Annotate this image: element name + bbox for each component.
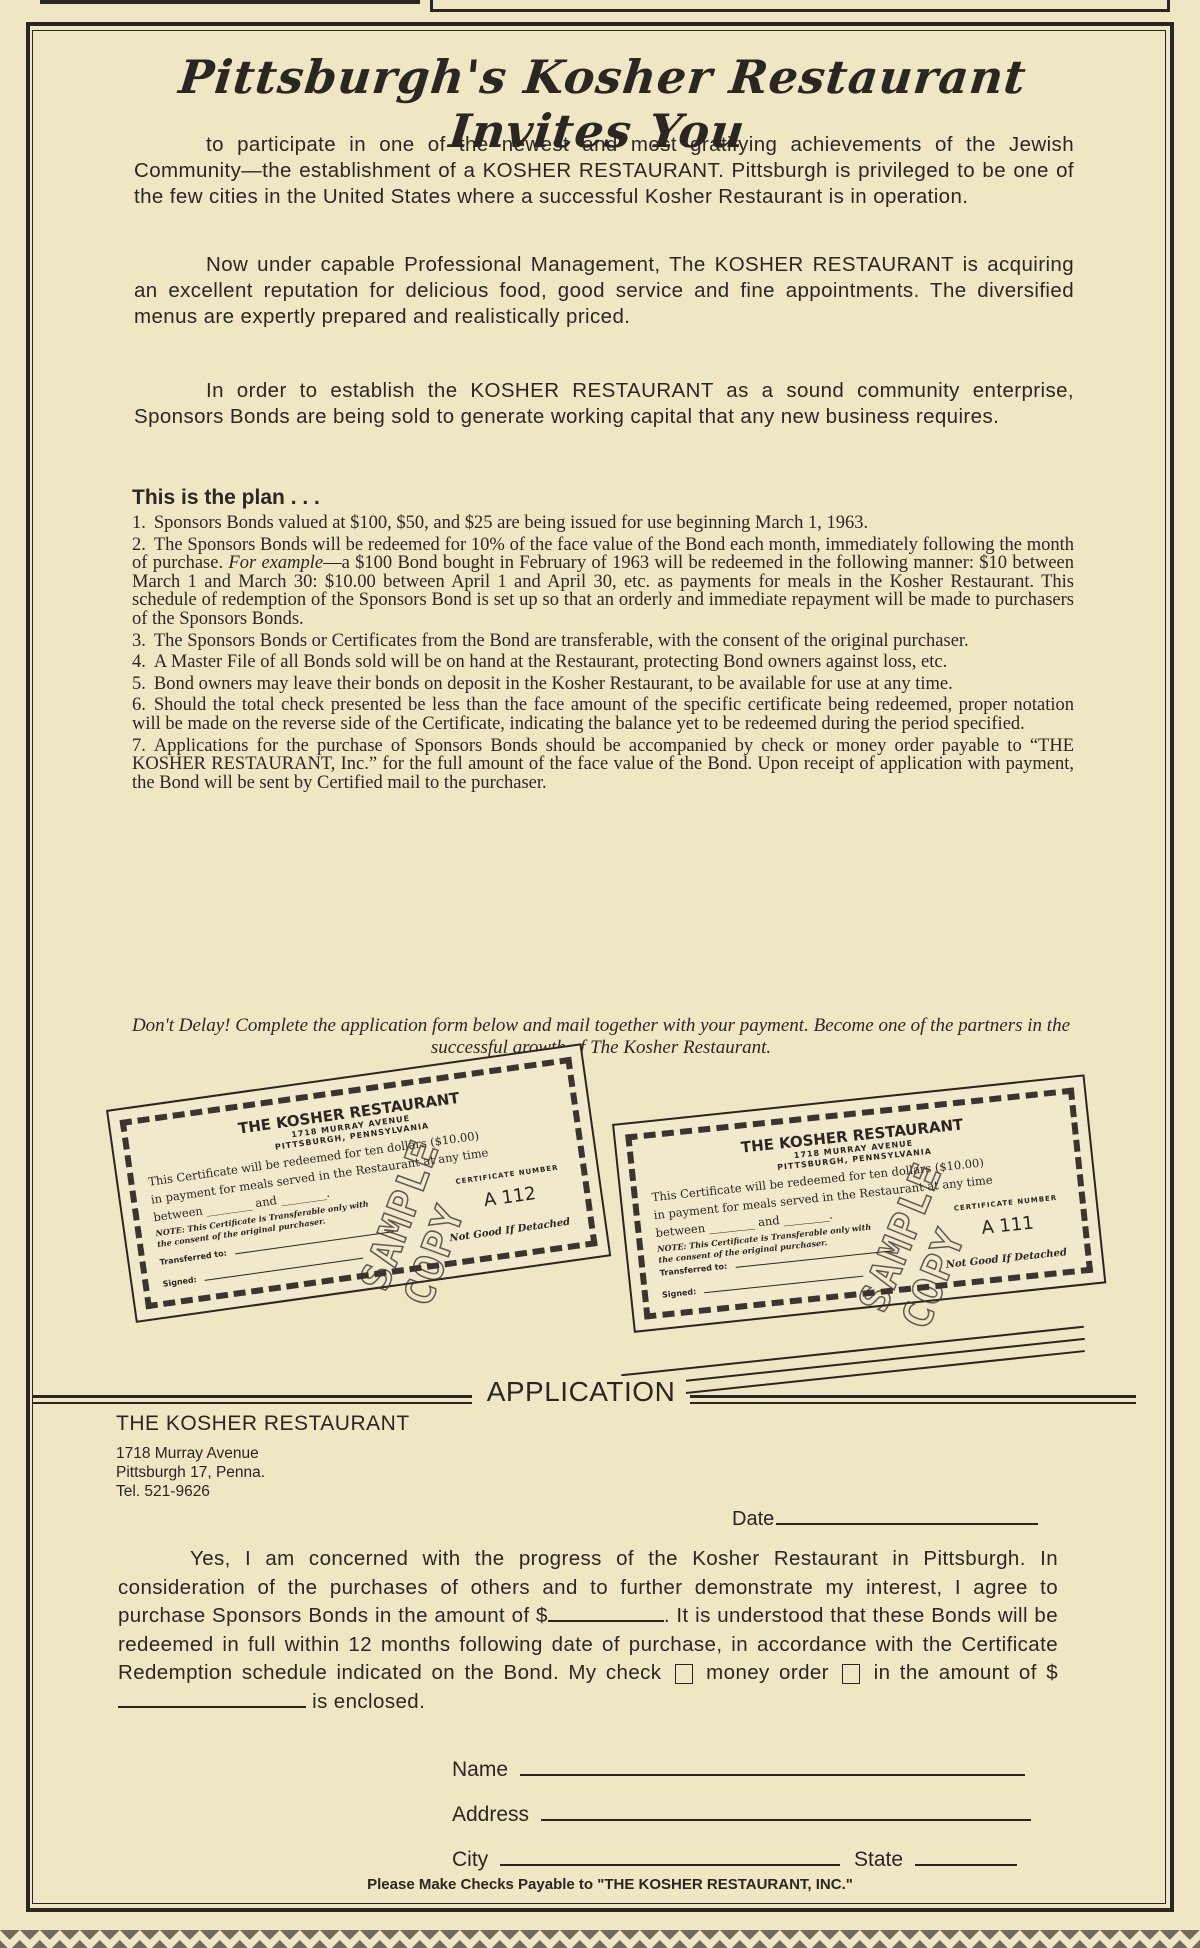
top-rule-left: [40, 0, 420, 4]
certificate-number: A 111: [980, 1213, 1034, 1239]
city-state-field[interactable]: City State: [452, 1848, 1017, 1872]
plan-item-4: 4.A Master File of all Bonds sold will b…: [132, 653, 1074, 672]
payable-note: Please Make Checks Payable to "THE KOSHE…: [0, 1876, 1200, 1893]
name-input-line[interactable]: [520, 1774, 1025, 1776]
name-label: Name: [452, 1758, 508, 1781]
check-checkbox[interactable]: [675, 1664, 693, 1684]
bottom-zigzag-border: [0, 1930, 1200, 1948]
plan-item-number: 5.: [132, 674, 146, 694]
plan-item-text: Sponsors Bonds valued at $100, $50, and …: [154, 513, 868, 533]
application-rule-left-thin: [32, 1402, 472, 1404]
application-rule-left: [32, 1395, 472, 1398]
plan-item-number: 7.: [132, 736, 146, 756]
application-rule-right: [690, 1395, 1136, 1398]
plan-item-text: Applications for the purchase of Sponsor…: [132, 736, 1074, 793]
certificate-number: A 112: [482, 1183, 537, 1211]
address-street: 1718 Murray Avenue: [116, 1444, 265, 1463]
intro-paragraph-2: Now under capable Professional Managemen…: [134, 252, 1074, 330]
state-input-line[interactable]: [915, 1864, 1017, 1866]
plan-item-text: The Sponsors Bonds or Certificates from …: [154, 631, 969, 651]
plan-item-number: 4.: [132, 652, 146, 672]
money-order-checkbox[interactable]: [842, 1664, 860, 1684]
application-text-part3: in the amount of: [874, 1661, 1037, 1684]
plan-item-3: 3.The Sponsors Bonds or Certificates fro…: [132, 632, 1074, 651]
city-label: City: [452, 1848, 488, 1871]
plan-item-text: Bond owners may leave their bonds on dep…: [154, 674, 953, 694]
transferred-label: Transferred to:: [159, 1249, 227, 1267]
signed-label: Signed:: [162, 1275, 197, 1289]
plan-item-7: 7.Applications for the purchase of Spons…: [132, 737, 1074, 793]
top-border-strip: [0, 0, 1200, 18]
plan-item-text: Should the total check presented be less…: [132, 695, 1074, 734]
plan-item-number: 6.: [132, 695, 146, 715]
name-field[interactable]: Name: [452, 1758, 1025, 1782]
plan-heading: This is the plan . . .: [132, 486, 320, 510]
signed-label: Signed:: [662, 1287, 697, 1300]
money-order-label: money order: [706, 1661, 829, 1684]
plan-item-number: 2.: [132, 535, 146, 555]
application-heading: APPLICATION: [476, 1376, 686, 1408]
date-field[interactable]: Date: [732, 1508, 1038, 1531]
address-phone: Tel. 521-9626: [116, 1482, 265, 1501]
dont-delay-callout: Don't Delay! Complete the application fo…: [126, 1015, 1076, 1059]
date-input-line[interactable]: [776, 1523, 1038, 1525]
restaurant-address: 1718 Murray Avenue Pittsburgh 17, Penna.…: [116, 1444, 265, 1501]
dollar-sign: $: [1046, 1661, 1058, 1684]
address-input-line[interactable]: [541, 1819, 1031, 1821]
address-label: Address: [452, 1803, 529, 1826]
application-rule-right-thin: [690, 1402, 1136, 1404]
address-city: Pittsburgh 17, Penna.: [116, 1463, 265, 1482]
bond-amount-blank[interactable]: [548, 1602, 664, 1622]
enclosed-text: is enclosed.: [312, 1690, 425, 1713]
plan-item-1: 1.Sponsors Bonds valued at $100, $50, an…: [132, 514, 1074, 533]
certificate-chain-border: THE KOSHER RESTAURANT 1718 MURRAY AVENUE…: [625, 1088, 1093, 1320]
date-label: Date: [732, 1508, 774, 1530]
plan-item-5: 5.Bond owners may leave their bonds on d…: [132, 675, 1074, 694]
city-input-line[interactable]: [500, 1864, 840, 1866]
plan-item-number: 1.: [132, 513, 146, 533]
plan-item-6: 6.Should the total check presented be le…: [132, 696, 1074, 733]
enclosed-amount-blank[interactable]: [118, 1688, 306, 1708]
state-label: State: [854, 1848, 903, 1871]
plan-item-text: A Master File of all Bonds sold will be …: [154, 652, 947, 672]
application-body: Yes, I am concerned with the progress of…: [118, 1545, 1058, 1716]
plan-list: 1.Sponsors Bonds valued at $100, $50, an…: [132, 514, 1074, 795]
plan-item-example: For example: [228, 553, 323, 573]
signed-line: [704, 1276, 863, 1294]
signed-line: [205, 1258, 364, 1281]
address-field[interactable]: Address: [452, 1803, 1031, 1827]
top-rule-right: [430, 0, 1170, 12]
restaurant-name: THE KOSHER RESTAURANT: [116, 1412, 410, 1436]
intro-paragraph-3: In order to establish the KOSHER RESTAUR…: [134, 378, 1074, 430]
plan-item-2: 2.The Sponsors Bonds will be redeemed fo…: [132, 536, 1074, 629]
plan-item-number: 3.: [132, 631, 146, 651]
intro-paragraph-1: to participate in one of the newest and …: [134, 132, 1074, 210]
